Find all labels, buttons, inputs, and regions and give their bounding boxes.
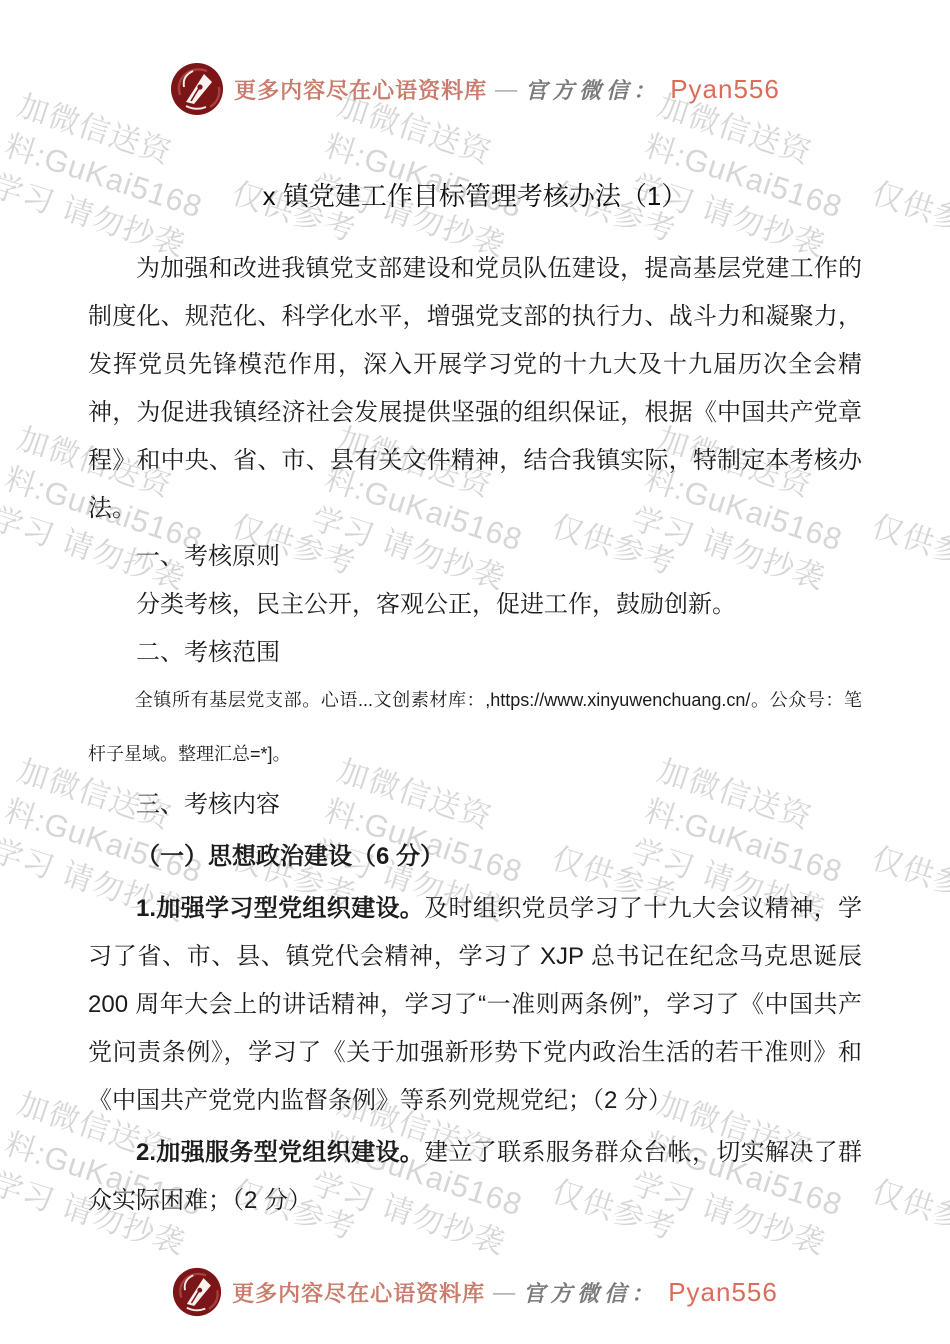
section-heading-scope: 二、考核范围 [88, 629, 862, 677]
document-title: x 镇党建工作目标管理考核办法（1） [88, 172, 862, 220]
paragraph-scope-note: 全镇所有基层党支部。心语...文创素材库：,https://www.xinyuw… [88, 673, 862, 781]
section-heading-principles: 一、考核原则 [88, 533, 862, 581]
wechat-label: 官方微信： [523, 1277, 658, 1308]
brand-text: 更多内容尽在心语资料库 [232, 1277, 485, 1308]
item-1-lead: 1.加强学习型党组织建设。 [136, 895, 424, 922]
wechat-id: Pyan556 [668, 1277, 778, 1308]
subsection-heading-ideology: （一）思想政治建设（6 分） [88, 833, 862, 881]
pen-nib-logo-icon [172, 1267, 222, 1317]
wechat-id: Pyan556 [670, 74, 780, 105]
paragraph-item-1: 1.加强学习型党组织建设。及时组织党员学习了十九大会议精神，学习了省、市、县、镇… [88, 885, 862, 1125]
item-2-lead: 2.加强服务型党组织建设。 [136, 1139, 424, 1166]
paragraph-principles: 分类考核，民主公开，客观公正，促进工作，鼓励创新。 [88, 581, 862, 629]
page-footer: 更多内容尽在心语资料库—官方微信： Pyan556 [0, 1267, 950, 1317]
document-page: 加微信送资料:GuKai5168学习 请勿抄袭仅供参考加微信送资料:GuKai5… [0, 0, 950, 1344]
paragraph-item-2: 2.加强服务型党组织建设。建立了联系服务群众台帐，切实解决了群众实际困难；（2 … [88, 1129, 862, 1225]
document-content: x 镇党建工作目标管理考核办法（1） 为加强和改进我镇党支部建设和党员队伍建设，… [0, 172, 950, 1225]
page-header: 更多内容尽在心语资料库—官方微信： Pyan556 [0, 0, 950, 116]
brand-text: 更多内容尽在心语资料库 [234, 74, 487, 105]
pen-nib-logo-icon [170, 62, 224, 116]
brand-dash: — [493, 1279, 515, 1305]
item-1-body: 及时组织党员学习了十九大会议精神，学习了省、市、县、镇党代会精神，学习了 XJP… [88, 895, 862, 1114]
paragraph-intro: 为加强和改进我镇党支部建设和党员队伍建设，提高基层党建工作的制度化、规范化、科学… [88, 245, 862, 533]
brand-dash: — [495, 76, 517, 102]
wechat-label: 官方微信： [525, 74, 660, 105]
section-heading-contents: 三、考核内容 [88, 781, 862, 829]
